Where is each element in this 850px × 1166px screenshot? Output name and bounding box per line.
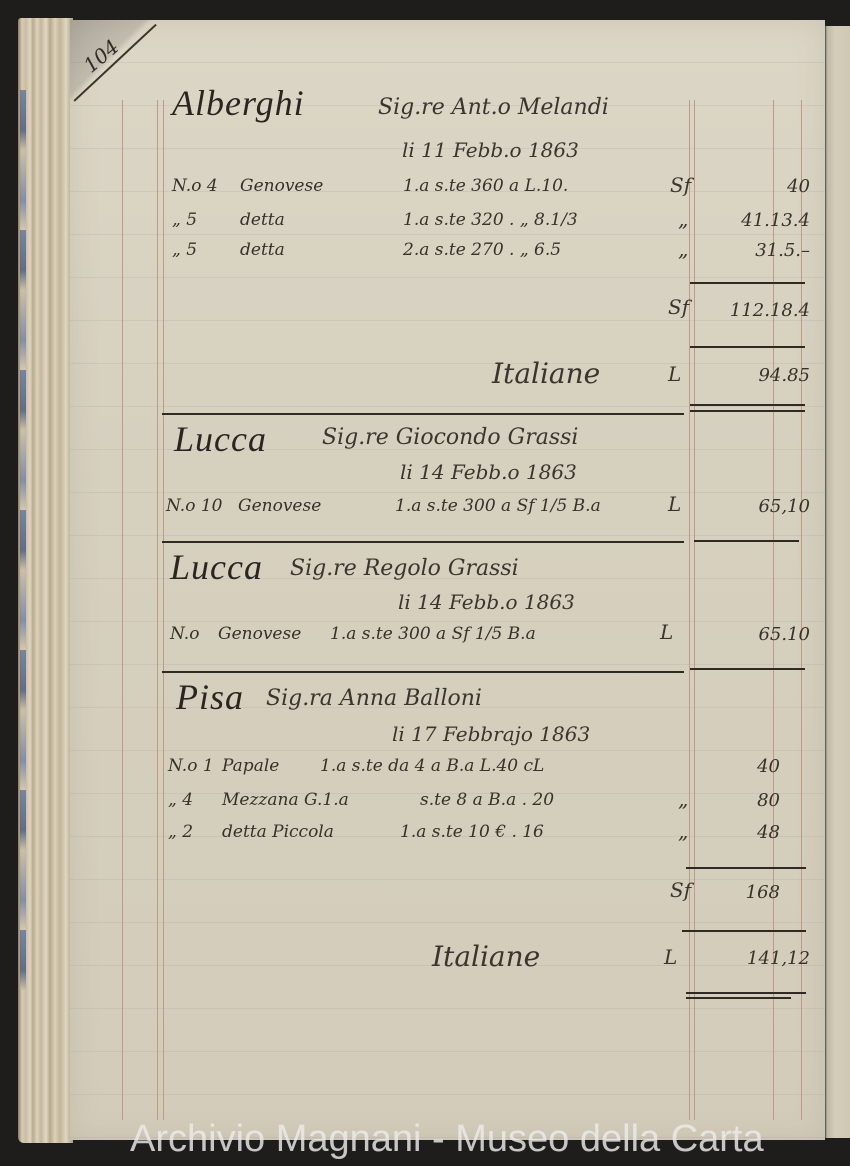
line-currency: L — [660, 620, 673, 644]
total-rule — [682, 930, 806, 932]
entry-date: li 14 Febb.o 1863 — [398, 590, 575, 614]
end-rule — [694, 540, 799, 542]
line-qty: N.o — [170, 624, 199, 644]
line-item: detta — [240, 240, 285, 260]
next-page-edge — [825, 26, 850, 1138]
line-amount: 40 — [700, 176, 810, 197]
line-spec: 1.a s.te 320 . „ 8.1/3 — [403, 210, 578, 230]
line-currency: „ — [678, 237, 688, 261]
line-currency: „ — [678, 819, 688, 843]
line-qty: „ 5 — [172, 210, 197, 230]
line-item: Genovese — [238, 496, 321, 516]
total-rule — [690, 346, 805, 348]
line-qty: „ 4 — [168, 790, 193, 810]
section-divider — [162, 541, 684, 543]
subtotal-amount: 112.18.4 — [700, 300, 810, 321]
line-currency: L — [668, 492, 681, 516]
total-label: Italiane — [492, 357, 600, 390]
entry-recipient: Sig.re Ant.o Melandi — [378, 95, 609, 120]
line-spec: 2.a s.te 270 . „ 6.5 — [403, 240, 561, 260]
entry-city: Lucca — [170, 546, 263, 588]
line-currency: Sf — [670, 173, 691, 197]
end-rule — [690, 668, 805, 670]
column-rule — [122, 100, 123, 1120]
entry-city: Pisa — [176, 676, 244, 718]
subtotal-currency: Sf — [668, 295, 689, 319]
line-amount: 80 — [700, 790, 780, 811]
subtotal-amount: 168 — [700, 882, 780, 903]
end-rule — [690, 410, 805, 412]
total-amount: 141,12 — [690, 948, 810, 969]
line-amount: 65.10 — [700, 624, 810, 645]
line-qty: N.o 1 — [168, 756, 214, 776]
end-rule — [686, 992, 806, 994]
line-currency: „ — [678, 787, 688, 811]
line-qty: „ 5 — [172, 240, 197, 260]
total-currency: L — [664, 945, 677, 969]
end-rule — [686, 997, 791, 999]
line-qty: „ 2 — [168, 822, 193, 842]
entry-city: Alberghi — [172, 82, 305, 124]
entry-date: li 17 Febbrajo 1863 — [392, 722, 590, 746]
entry-recipient: Sig.re Giocondo Grassi — [322, 425, 578, 450]
line-item: detta — [240, 210, 285, 230]
line-spec: 1.a s.te 300 a Sf 1/5 B.a — [330, 624, 536, 644]
subtotal-rule — [690, 282, 805, 284]
line-item: detta Piccola — [222, 822, 334, 842]
line-amount: 65,10 — [700, 496, 810, 517]
section-divider — [162, 413, 684, 415]
line-amount: 41.13.4 — [700, 210, 810, 231]
line-currency: „ — [678, 207, 688, 231]
archive-watermark: Archivio Magnani - Museo della Carta — [130, 1118, 850, 1161]
line-qty: N.o 10 — [166, 496, 222, 516]
line-spec: 1.a s.te 360 a L.10. — [403, 176, 568, 196]
entry-date: li 14 Febb.o 1863 — [400, 460, 577, 484]
line-qty: N.o 4 — [172, 176, 218, 196]
line-amount: 40 — [700, 756, 780, 777]
subtotal-rule — [686, 867, 806, 869]
line-amount: 31.5.– — [700, 240, 810, 261]
line-item: Genovese — [218, 624, 301, 644]
entry-recipient: Sig.ra Anna Balloni — [266, 686, 482, 711]
section-divider — [162, 671, 684, 673]
spine-binding — [20, 90, 26, 990]
line-amount: 48 — [700, 822, 780, 843]
page-stack-edge — [18, 18, 73, 1143]
line-spec: s.te 8 a B.a . 20 — [420, 790, 554, 810]
end-rule — [690, 404, 805, 406]
line-item: Papale — [222, 756, 279, 776]
total-currency: L — [668, 362, 681, 386]
line-spec: 1.a s.te da 4 a B.a L.40 cL — [320, 756, 544, 776]
line-item: Genovese — [240, 176, 323, 196]
line-spec: 1.a s.te 300 a Sf 1/5 B.a — [395, 496, 601, 516]
entry-city: Lucca — [174, 418, 267, 460]
total-amount: 94.85 — [700, 365, 810, 386]
subtotal-currency: Sf — [670, 878, 691, 902]
entry-recipient: Sig.re Regolo Grassi — [290, 556, 519, 581]
line-item: Mezzana G.1.a — [222, 790, 349, 810]
column-rule — [157, 100, 158, 1120]
line-spec: 1.a s.te 10 € . 16 — [400, 822, 544, 842]
total-label: Italiane — [432, 940, 540, 973]
column-rule — [163, 100, 164, 1120]
entry-date: li 11 Febb.o 1863 — [402, 138, 579, 162]
ledger-scan: 104 Alberghi Sig.re Ant.o Melandi li 11 … — [0, 0, 850, 1166]
